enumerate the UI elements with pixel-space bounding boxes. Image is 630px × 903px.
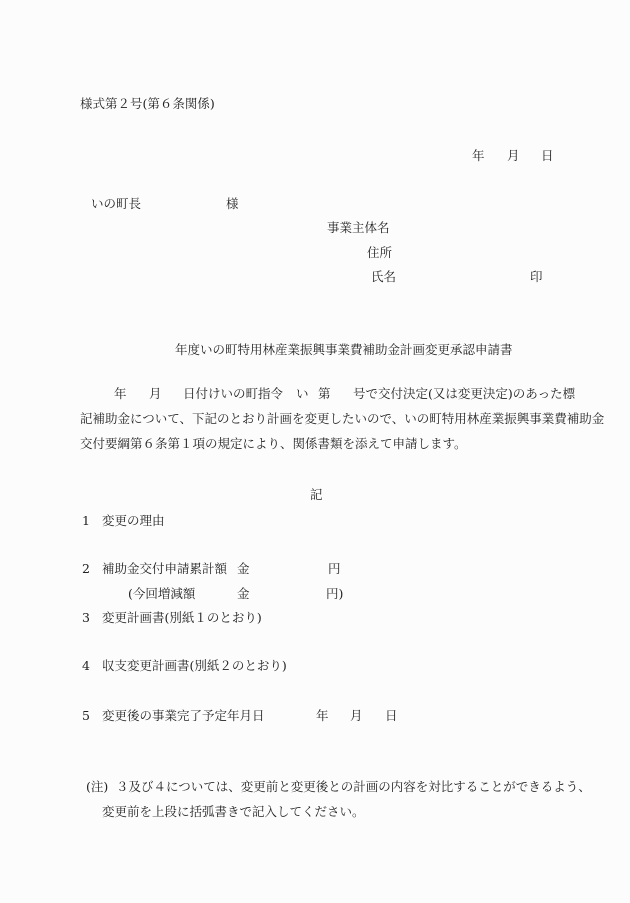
item-2-sub-yen: 円) — [326, 588, 343, 601]
name-label: 氏名 — [371, 271, 396, 284]
item-5-number: 5 — [82, 710, 90, 723]
item-2-kin: 金 — [237, 563, 250, 576]
note-prefix: (注) — [86, 781, 108, 794]
item-1-number: 1 — [82, 515, 90, 528]
body-line1-end: 号で交付決定(又は変更決定)のあった標 — [353, 388, 575, 401]
item-2-sub-kin: 金 — [237, 588, 250, 601]
note-line1: ３及び４については、変更前と変更後との計画の内容を対比することができるよう、 — [116, 781, 591, 794]
body-dai: 第 — [318, 388, 331, 401]
item-2-yen: 円 — [328, 563, 341, 576]
item-4-number: 4 — [82, 660, 90, 673]
item-4-label: 収支変更計画書(別紙２のとおり) — [102, 660, 287, 673]
item-2-sub-label: (今回増減額 — [128, 588, 195, 601]
item-2-number: 2 — [82, 563, 90, 576]
item-5-month: 月 — [350, 710, 363, 723]
seal-mark: 印 — [530, 271, 543, 284]
item-3-label: 変更計画書(別紙１のとおり) — [102, 612, 262, 625]
item-2-label: 補助金交付申請累計額 — [102, 563, 227, 576]
item-5-label: 変更後の事業完了予定年月日 — [102, 710, 265, 723]
body-month: 月 — [149, 388, 162, 401]
date-year-label: 年 — [472, 150, 485, 163]
date-day-label: 日 — [541, 150, 554, 163]
body-directive: 日付けいの町指令 — [183, 388, 283, 401]
body-line2: 記補助金について、下記のとおり計画を変更したいので、いの町特用林産業振興事業費補… — [80, 413, 604, 426]
item-5-day: 日 — [385, 710, 398, 723]
item-1-label: 変更の理由 — [102, 515, 165, 528]
item-5-year: 年 — [316, 710, 329, 723]
form-number: 様式第２号(第６条関係) — [80, 98, 215, 111]
entity-name-label: 事業主体名 — [327, 222, 390, 235]
body-year: 年 — [114, 388, 127, 401]
body-line3: 交付要綱第６条第１項の規定により、関係書類を添えて申請します。 — [80, 438, 467, 451]
date-month-label: 月 — [507, 150, 520, 163]
note-line2: 変更前を上段に括弧書きで記入してください。 — [102, 806, 365, 819]
addressee-honorific: 様 — [226, 198, 239, 211]
document-title: 年度いの町特用林産業振興事業費補助金計画変更承認申請書 — [175, 344, 513, 357]
ki-heading: 記 — [310, 489, 323, 502]
address-label: 住所 — [367, 247, 392, 260]
body-i: い — [296, 388, 309, 401]
addressee-name: いの町長 — [91, 198, 141, 211]
item-3-number: 3 — [82, 612, 90, 625]
